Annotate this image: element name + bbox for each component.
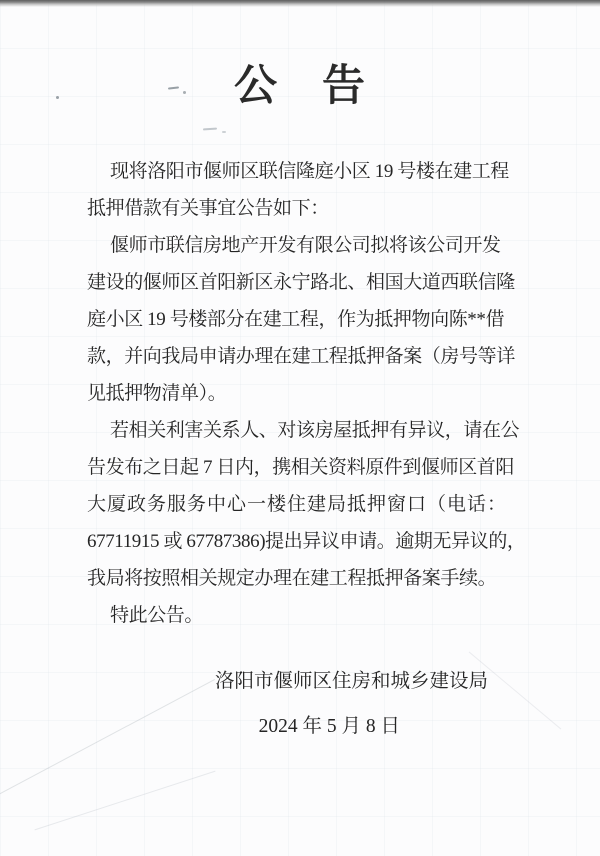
- body-line-7: 见抵押物清单）。: [87, 375, 517, 412]
- body-line-9: 告发布之日起 7 日内，携相关资料原件到偃师区首阳: [87, 449, 517, 486]
- notice-body: 现将洛阳市偃师区联信隆庭小区 19 号楼在建工程 抵押借款有关事宜公告如下： 偃…: [87, 153, 517, 634]
- scan-smudge: [203, 128, 217, 131]
- body-line-2: 抵押借款有关事宜公告如下：: [87, 190, 517, 227]
- scanned-notice-page: 公 告 现将洛阳市偃师区联信隆庭小区 19 号楼在建工程 抵押借款有关事宜公告如…: [0, 0, 600, 856]
- body-line-1: 现将洛阳市偃师区联信隆庭小区 19 号楼在建工程: [87, 153, 517, 190]
- issuing-authority: 洛阳市偃师区住房和城乡建设局: [215, 670, 488, 693]
- scan-smudge: [222, 131, 226, 133]
- issue-date: 2024 年 5 月 8 日: [259, 715, 400, 738]
- body-line-6: 款，并向我局申请办理在建工程抵押备案（房号等详: [87, 338, 517, 375]
- paper-crease: [34, 771, 215, 831]
- body-line-4: 建设的偃师区首阳新区永宁路北、相国大道西联信隆: [87, 264, 517, 301]
- body-line-5: 庭小区 19 号楼部分在建工程，作为抵押物向陈**借: [87, 301, 517, 338]
- notice-title: 公 告: [0, 64, 600, 109]
- body-line-10: 大厦政务服务中心一楼住建局抵押窗口（电话：: [87, 486, 517, 523]
- scanner-edge-shadow: [0, 0, 600, 7]
- body-line-8: 若相关利害关系人、对该房屋抵押有异议，请在公: [87, 412, 517, 449]
- body-line-3: 偃师市联信房地产开发有限公司拟将该公司开发: [87, 227, 517, 264]
- body-line-12: 我局将按照相关规定办理在建工程抵押备案手续。: [87, 560, 517, 597]
- paper-crease: [0, 679, 215, 802]
- body-line-11: 67711915 或 67787386)提出异议申请。逾期无异议的，: [87, 523, 517, 560]
- body-line-13: 特此公告。: [87, 597, 517, 634]
